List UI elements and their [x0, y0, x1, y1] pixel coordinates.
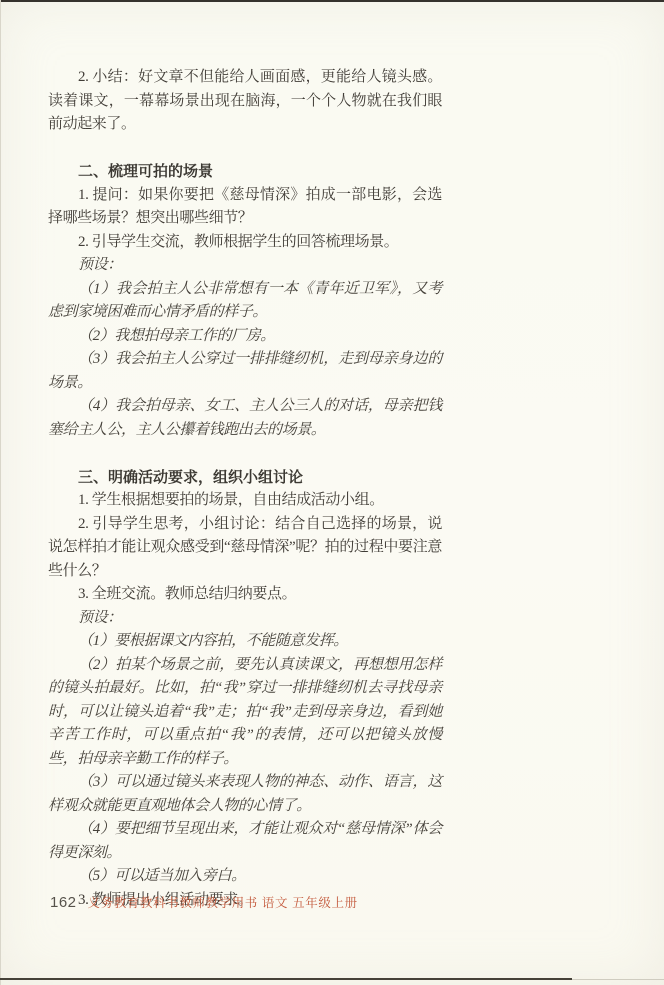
preset-item: （1）我会拍主人公非常想有一本《青年近卫军》，又考虑到家境困难而心情矛盾的样子。: [48, 278, 442, 325]
preset-item: （5）可以适当加入旁白。: [48, 865, 442, 889]
preset-label: 预设：: [48, 607, 442, 631]
section-heading: 二、梳理可拍的场景: [48, 160, 442, 184]
preset-item: （4）我会拍母亲、女工、主人公三人的对话，母亲把钱塞给主人公，主人公攥着钱跑出去…: [48, 395, 442, 442]
page-number: 162: [50, 894, 77, 911]
paragraph: 3. 全班交流。教师总结归纳要点。: [48, 583, 442, 607]
paragraph: 2. 引导学生交流，教师根据学生的回答梳理场景。: [48, 231, 442, 255]
section-heading: 三、明确活动要求，组织小组讨论: [48, 466, 442, 490]
preset-label: 预设：: [48, 254, 442, 278]
paragraph: 2. 小结：好文章不但能给人画面感，更能给人镜头感。读着课文，一幕幕场景出现在脑…: [48, 66, 442, 137]
preset-item: （2）拍某个场景之前，要先认真读课文，再想想用怎样的镜头拍最好。比如，拍“我”穿…: [48, 654, 442, 772]
paragraph: 2. 引导学生思考，小组讨论：结合自己选择的场景，说说怎样拍才能让观众感受到“慈…: [48, 513, 442, 584]
preset-item: （3）可以通过镜头来表现人物的神态、动作、语言，这样观众就能更直观地体会人物的心…: [48, 771, 442, 818]
book-page: 2. 小结：好文章不但能给人画面感，更能给人镜头感。读着课文，一幕幕场景出现在脑…: [0, 0, 664, 985]
footer-book-title: 义务教育教科书教师教学用书 语文 五年级上册: [88, 893, 358, 911]
page-body-text: 2. 小结：好文章不但能给人画面感，更能给人镜头感。读着课文，一幕幕场景出现在脑…: [48, 66, 442, 912]
paragraph: 1. 提问：如果你要把《慈母情深》拍成一部电影，会选择哪些场景？想突出哪些细节？: [48, 184, 442, 231]
page-bottom-edge: [0, 978, 572, 980]
page-bottom-edge-faint: [572, 979, 664, 980]
page-top-edge: [0, 0, 664, 2]
preset-item: （4）要把细节呈现出来，才能让观众对“慈母情深”体会得更深刻。: [48, 818, 442, 865]
preset-item: （1）要根据课文内容拍，不能随意发挥。: [48, 630, 442, 654]
preset-item: （3）我会拍主人公穿过一排排缝纫机，走到母亲身边的场景。: [48, 348, 442, 395]
page-left-edge: [0, 0, 1, 985]
paragraph: 1. 学生根据想要拍的场景，自由结成活动小组。: [48, 489, 442, 513]
preset-item: （2）我想拍母亲工作的厂房。: [48, 325, 442, 349]
page-footer: 162 义务教育教科书教师教学用书 语文 五年级上册: [50, 893, 358, 911]
